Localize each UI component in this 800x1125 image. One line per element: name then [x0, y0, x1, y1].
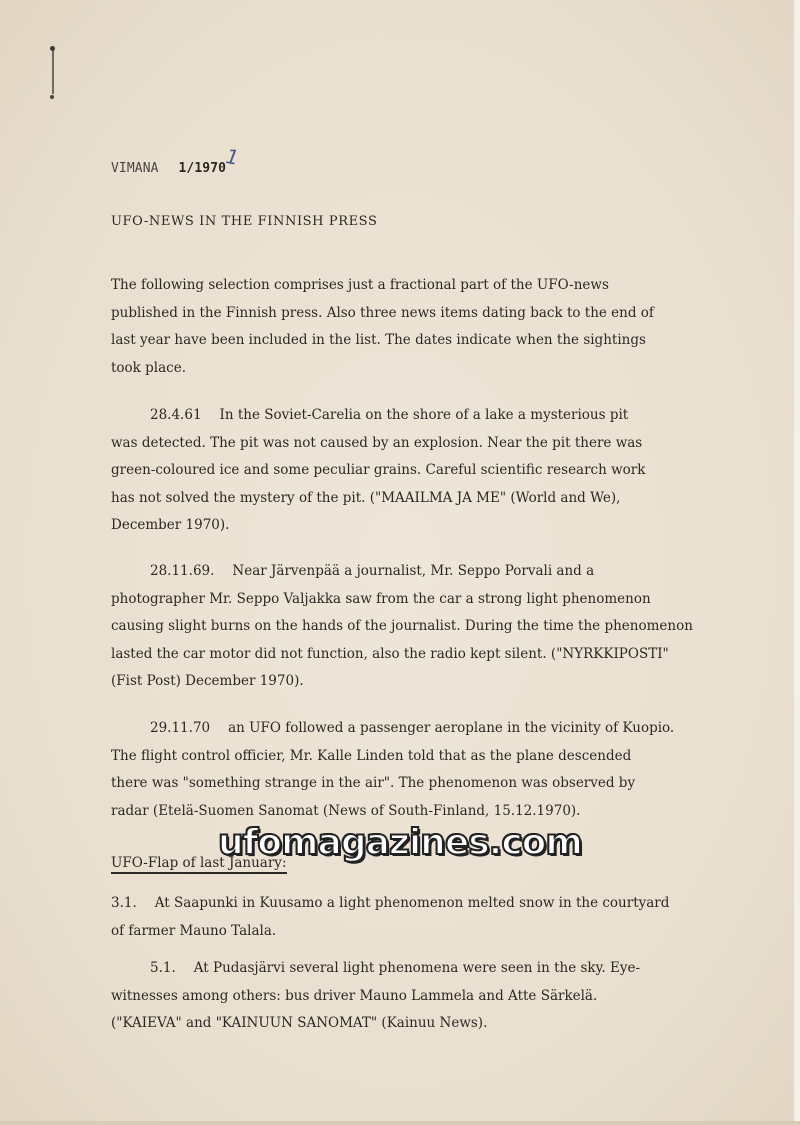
item-date: 3.1. [111, 895, 137, 911]
text-line: 28.11.69.Near Järvenpää a journalist, Mr… [111, 558, 751, 586]
text-line: has not solved the mystery of the pit. (… [111, 485, 751, 513]
text-span: Near Järvenpää a journalist, Mr. Seppo P… [232, 563, 594, 579]
text-span: At Pudasjärvi several light phenomena we… [194, 960, 640, 976]
item-date: 28.4.61 [150, 407, 202, 423]
binding-hole-bottom [50, 95, 54, 99]
text-line: causing slight burns on the hands of the… [111, 613, 751, 641]
issue-tag: VIMANA [111, 161, 159, 176]
text-line: ("KAIEVA" and "KAINUUN SANOMAT" (Kainuu … [111, 1010, 751, 1038]
text-line: of farmer Mauno Talala. [111, 918, 751, 946]
text-line: 5.1.At Pudasjärvi several light phenomen… [111, 955, 751, 983]
item-date: 5.1. [150, 960, 176, 976]
page-edge [794, 0, 800, 1125]
text-line: The following selection comprises just a… [111, 272, 751, 300]
text-line: green-coloured ice and some peculiar gra… [111, 457, 751, 485]
text-line: there was "something strange in the air"… [111, 770, 751, 798]
item-date: 28.11.69. [150, 563, 214, 579]
text-line: photographer Mr. Seppo Valjakka saw from… [111, 586, 751, 614]
news-item: 28.11.69.Near Järvenpää a journalist, Mr… [111, 558, 751, 696]
text-line: published in the Finnish press. Also thr… [111, 300, 751, 328]
scanned-page: VIMANA 1/1970 1 UFO-NEWS IN THE FINNISH … [0, 0, 800, 1125]
text-line: lasted the car motor did not function, a… [111, 641, 751, 669]
text-line: 29.11.70an UFO followed a passenger aero… [111, 715, 751, 743]
binding-mark [52, 48, 54, 94]
issue-header: VIMANA 1/1970 [111, 155, 226, 183]
text-line: 3.1.At Saapunki in Kuusamo a light pheno… [111, 890, 751, 918]
handwritten-page-number: 1 [224, 144, 241, 170]
watermark: ufomagazines.com [218, 822, 582, 863]
item-date: 29.11.70 [150, 720, 210, 736]
text-line: 28.4.61In the Soviet-Carelia on the shor… [111, 402, 751, 430]
text-line: was detected. The pit was not caused by … [111, 430, 751, 458]
text-line: The flight control officier, Mr. Kalle L… [111, 743, 751, 771]
text-line: (Fist Post) December 1970). [111, 668, 751, 696]
text-line: radar (Etelä-Suomen Sanomat (News of Sou… [111, 798, 751, 826]
text-span: At Saapunki in Kuusamo a light phenomeno… [155, 895, 670, 911]
news-item: 29.11.70an UFO followed a passenger aero… [111, 715, 751, 825]
text-line: December 1970). [111, 512, 751, 540]
text-line: took place. [111, 355, 751, 383]
intro-paragraph: The following selection comprises just a… [111, 272, 751, 382]
news-item: 28.4.61In the Soviet-Carelia on the shor… [111, 402, 751, 540]
text-span: an UFO followed a passenger aeroplane in… [228, 720, 674, 736]
news-item: 3.1.At Saapunki in Kuusamo a light pheno… [111, 890, 751, 945]
text-span: In the Soviet-Carelia on the shore of a … [220, 407, 629, 423]
news-item: 5.1.At Pudasjärvi several light phenomen… [111, 955, 751, 1038]
binding-hole-top [50, 46, 55, 51]
page-edge-bottom [0, 1121, 800, 1125]
issue-number: 1/1970 [179, 161, 227, 176]
text-line: witnesses among others: bus driver Mauno… [111, 983, 751, 1011]
text-line: last year have been included in the list… [111, 327, 751, 355]
page-title: UFO-NEWS IN THE FINNISH PRESS [111, 208, 377, 236]
